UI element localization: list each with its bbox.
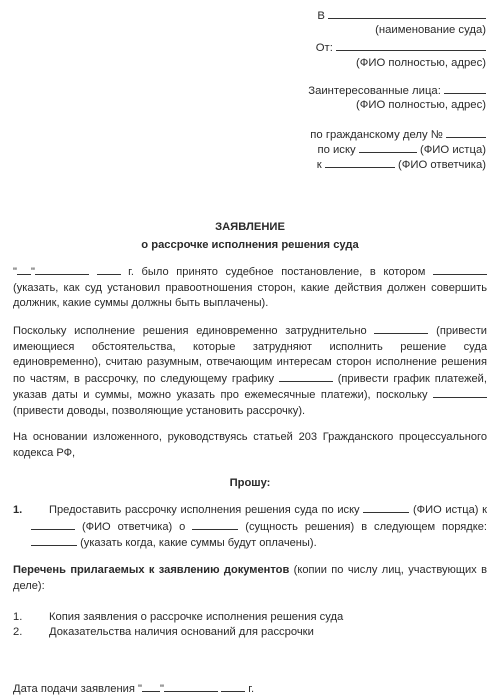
interested-blank[interactable] bbox=[444, 83, 486, 94]
defendant-blank[interactable] bbox=[325, 157, 395, 168]
circumstances-blank[interactable] bbox=[374, 323, 428, 334]
attachments-heading: Перечень прилагаемых к заявлению докумен… bbox=[13, 563, 487, 594]
from-field: От: bbox=[316, 40, 486, 55]
case-blank[interactable] bbox=[446, 127, 486, 138]
paragraph-reasons-line-6: (привести доводы, позволяющие установить… bbox=[13, 404, 487, 420]
paragraph-reasons-line-2: имеющиеся обстоятельства, которые затруд… bbox=[13, 340, 487, 356]
paragraph-legal-basis: На основании изложенного, руководствуясь… bbox=[13, 430, 487, 461]
decision-content-blank[interactable] bbox=[433, 264, 487, 275]
interested-prefix: Заинтересованные лица: bbox=[308, 85, 441, 97]
paragraph-decision-line-1: "" г. было принято судебное постановлени… bbox=[13, 264, 487, 281]
plaintiff-blank[interactable] bbox=[363, 502, 409, 513]
paragraph-reasons-line-1: Поскольку исполнение решения единовремен… bbox=[13, 323, 487, 340]
from-blank[interactable] bbox=[336, 40, 486, 51]
defendant-name-blank[interactable] bbox=[31, 519, 75, 530]
paragraph-reasons: Поскольку исполнение решения единовремен… bbox=[13, 323, 487, 420]
interested-hint: (ФИО полностью, адрес) bbox=[356, 98, 486, 112]
paragraph-decision-line-2: (указать, как суд установил правоотношен… bbox=[13, 281, 487, 297]
court-hint: (наименование суда) bbox=[375, 23, 486, 37]
defendant-prefix: к bbox=[317, 159, 322, 171]
request-item-line-3: (указать когда, какие суммы будут оплаче… bbox=[13, 535, 487, 552]
schedule-blank[interactable] bbox=[279, 371, 333, 382]
defendant-hint: (ФИО ответчика) bbox=[398, 159, 486, 171]
document-title: ЗАЯВЛЕНИЕ bbox=[0, 221, 500, 233]
court-blank[interactable] bbox=[328, 8, 486, 19]
case-prefix: по гражданскому делу № bbox=[310, 129, 443, 141]
filing-year-blank[interactable] bbox=[221, 681, 245, 692]
court-prefix: В bbox=[317, 10, 325, 22]
paragraph-legal-basis-line-2: кодекса РФ, bbox=[13, 446, 487, 462]
paragraph-reasons-line-4: по частям, в рассрочку, по следующему гр… bbox=[13, 371, 487, 388]
from-prefix: От: bbox=[316, 42, 333, 54]
claim-prefix: по иску bbox=[317, 144, 355, 156]
claim-field: по иску (ФИО истца) bbox=[317, 142, 486, 157]
attachments-heading-line-2: деле): bbox=[13, 579, 487, 595]
filing-month-blank[interactable] bbox=[164, 681, 218, 692]
request-item-number: 1. bbox=[13, 503, 49, 519]
request-item-1: 1.Предоставить рассрочку исполнения реше… bbox=[13, 502, 487, 552]
case-field: по гражданскому делу № bbox=[310, 127, 486, 142]
from-hint: (ФИО полностью, адрес) bbox=[356, 56, 486, 70]
paragraph-decision-line-3: должник, какие суммы должны быть выплаче… bbox=[13, 296, 487, 312]
request-item-line-1: 1.Предоставить рассрочку исполнения реше… bbox=[13, 502, 487, 519]
month-blank[interactable] bbox=[35, 264, 89, 275]
claim-hint: (ФИО истца) bbox=[420, 144, 486, 156]
request-heading: Прошу: bbox=[0, 477, 500, 489]
filing-day-blank[interactable] bbox=[142, 681, 160, 692]
attachment-item: 2.Доказательства наличия оснований для р… bbox=[13, 625, 314, 640]
paragraph-decision: "" г. было принято судебное постановлени… bbox=[13, 264, 487, 312]
filing-date-label: Дата подачи заявления bbox=[13, 683, 135, 695]
defendant-field: к (ФИО ответчика) bbox=[317, 157, 486, 172]
payment-order-blank[interactable] bbox=[31, 535, 77, 546]
document-subtitle: о рассрочке исполнения решения суда bbox=[0, 239, 500, 251]
year-blank[interactable] bbox=[97, 264, 121, 275]
paragraph-reasons-line-3: единовременно), считаю разумным, отвечаю… bbox=[13, 355, 487, 371]
filing-date: Дата подачи заявления "" г. bbox=[13, 681, 254, 697]
interested-field: Заинтересованные лица: bbox=[308, 83, 486, 98]
decision-essence-blank[interactable] bbox=[192, 519, 238, 530]
claim-blank[interactable] bbox=[359, 142, 417, 153]
court-field: В bbox=[317, 8, 486, 23]
paragraph-legal-basis-line-1: На основании изложенного, руководствуясь… bbox=[13, 430, 487, 446]
attachments-heading-line-1: Перечень прилагаемых к заявлению докумен… bbox=[13, 563, 487, 579]
request-item-line-2: (ФИО ответчика) о (сущность решения) в с… bbox=[13, 519, 487, 536]
arguments-blank[interactable] bbox=[433, 387, 487, 398]
day-blank[interactable] bbox=[17, 264, 31, 275]
attachment-item: 1.Копия заявления о рассрочке исполнения… bbox=[13, 610, 343, 625]
paragraph-reasons-line-5: указав даты и суммы, можно указать про е… bbox=[13, 387, 487, 404]
